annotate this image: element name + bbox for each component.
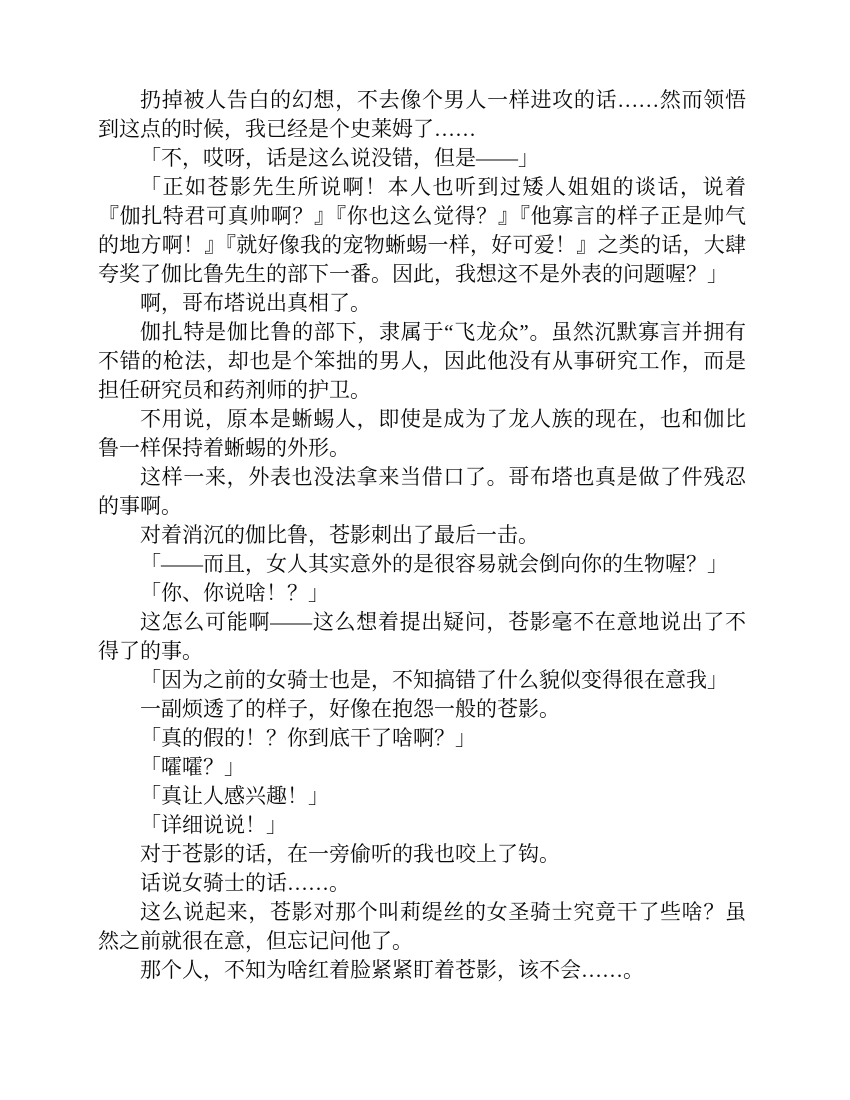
paragraph: 「因为之前的女骑士也是，不知搞错了什么貌似变得很在意我」 xyxy=(98,666,746,695)
paragraph: 不用说，原本是蜥蜴人，即使是成为了龙人族的现在，也和伽比鲁一样保持着蜥蜴的外形。 xyxy=(98,405,746,463)
paragraph: 伽扎特是伽比鲁的部下，隶属于“飞龙众”。虽然沉默寡言并拥有不错的枪法，却也是个笨… xyxy=(98,318,746,405)
paragraph: 「嚯嚯？」 xyxy=(98,753,746,782)
paragraph: 这么说起来，苍影对那个叫莉缇丝的女圣骑士究竟干了些啥？虽然之前就很在意，但忘记问… xyxy=(98,898,746,956)
paragraph: 扔掉被人告白的幻想，不去像个男人一样进攻的话……然而领悟到这点的时候，我已经是个… xyxy=(98,86,746,144)
document-page: 扔掉被人告白的幻想，不去像个男人一样进攻的话……然而领悟到这点的时候，我已经是个… xyxy=(0,0,850,1100)
text-body: 扔掉被人告白的幻想，不去像个男人一样进攻的话……然而领悟到这点的时候，我已经是个… xyxy=(98,86,746,985)
paragraph: 一副烦透了的样子，好像在抱怨一般的苍影。 xyxy=(98,695,746,724)
paragraph: 「不，哎呀，话是这么说没错，但是——」 xyxy=(98,144,746,173)
paragraph: 「你、你说啥！？」 xyxy=(98,579,746,608)
paragraph: 「真让人感兴趣！」 xyxy=(98,782,746,811)
paragraph: 对于苍影的话，在一旁偷听的我也咬上了钩。 xyxy=(98,840,746,869)
paragraph: 那个人，不知为啥红着脸紧紧盯着苍影，该不会……。 xyxy=(98,956,746,985)
paragraph: 话说女骑士的话……。 xyxy=(98,869,746,898)
paragraph: 对着消沉的伽比鲁，苍影刺出了最后一击。 xyxy=(98,521,746,550)
paragraph: 「——而且，女人其实意外的是很容易就会倒向你的生物喔？」 xyxy=(98,550,746,579)
paragraph: 「正如苍影先生所说啊！本人也听到过矮人姐姐的谈话，说着『伽扎特君可真帅啊？』『你… xyxy=(98,173,746,289)
paragraph: 「真的假的！？你到底干了啥啊？」 xyxy=(98,724,746,753)
paragraph: 「详细说说！」 xyxy=(98,811,746,840)
paragraph: 这怎么可能啊——这么想着提出疑问，苍影毫不在意地说出了不得了的事。 xyxy=(98,608,746,666)
paragraph: 啊，哥布塔说出真相了。 xyxy=(98,289,746,318)
paragraph: 这样一来，外表也没法拿来当借口了。哥布塔也真是做了件残忍的事啊。 xyxy=(98,463,746,521)
